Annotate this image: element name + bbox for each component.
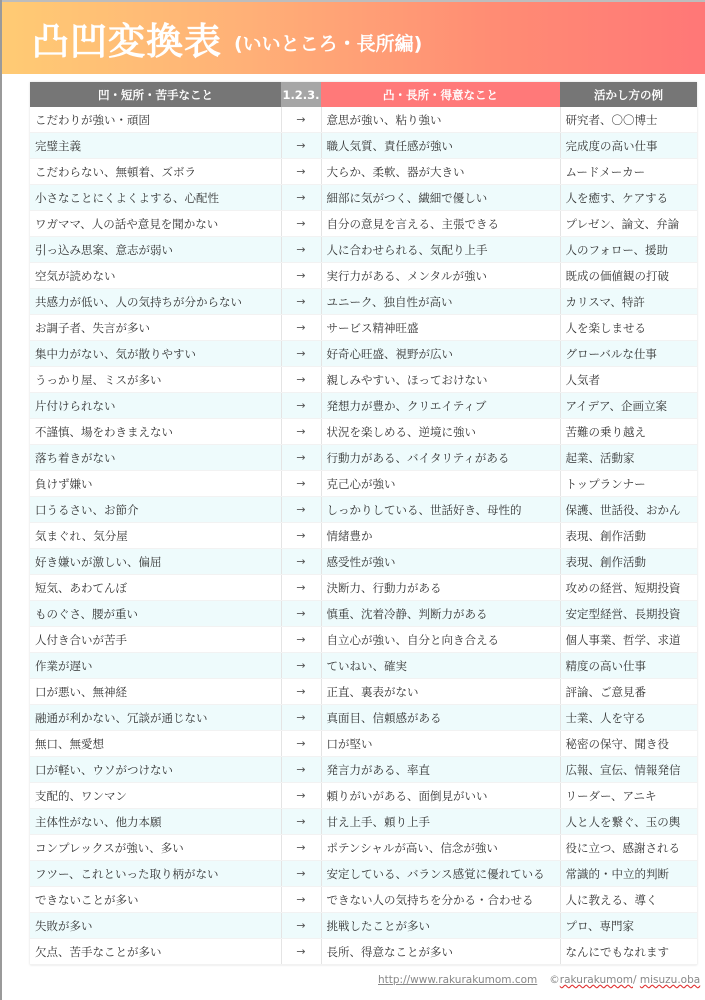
table-row: 作業が遅い→ていねい、確実精度の高い仕事 (30, 653, 697, 679)
arrow-icon: → (281, 575, 321, 601)
usage-cell: 人を癒す、ケアする (560, 185, 697, 211)
usage-cell: 精度の高い仕事 (560, 653, 697, 679)
strength-cell: 決断力、行動力がある (321, 575, 560, 601)
weakness-cell: 不謹慎、場をわきまえない (30, 419, 281, 445)
strength-cell: 口が堅い (321, 731, 560, 757)
table-row: 不謹慎、場をわきまえない→状況を楽しめる、逆境に強い苦難の乗り越え (30, 419, 697, 445)
arrow-icon: → (281, 393, 321, 419)
arrow-icon: → (281, 627, 321, 653)
strength-cell: 慎重、沈着冷静、判断力がある (321, 601, 560, 627)
weakness-cell: 失敗が多い (30, 913, 281, 939)
strength-cell: 意思が強い、粘り強い (321, 107, 560, 133)
weakness-cell: できないことが多い (30, 887, 281, 913)
usage-cell: 保護、世話役、おかん (560, 497, 697, 523)
table-row: 無口、無愛想→口が堅い秘密の保守、聞き役 (30, 731, 697, 757)
usage-cell: 安定型経営、長期投資 (560, 601, 697, 627)
arrow-icon: → (281, 653, 321, 679)
weakness-cell: 人付き合いが苦手 (30, 627, 281, 653)
arrow-icon: → (281, 783, 321, 809)
weakness-cell: ワガママ、人の話や意見を聞かない (30, 211, 281, 237)
weakness-cell: 好き嫌いが激しい、偏屈 (30, 549, 281, 575)
strength-cell: 親しみやすい、ほっておけない (321, 367, 560, 393)
author-handle-2: misuzu.oba (640, 974, 700, 986)
weakness-cell: 空気が読めない (30, 263, 281, 289)
usage-cell: トップランナー (560, 471, 697, 497)
strength-cell: 好奇心旺盛、視野が広い (321, 341, 560, 367)
strength-cell: ていねい、確実 (321, 653, 560, 679)
usage-cell: 完成度の高い仕事 (560, 133, 697, 159)
table-row: 人付き合いが苦手→自立心が強い、自分と向き合える個人事業、哲学、求道 (30, 627, 697, 653)
table-row: 完璧主義→職人気質、責任感が強い完成度の高い仕事 (30, 133, 697, 159)
arrow-icon: → (281, 497, 321, 523)
strength-cell: できない人の気持ちを分かる・合わせる (321, 887, 560, 913)
arrow-icon: → (281, 679, 321, 705)
usage-cell: 常識的・中立的判断 (560, 861, 697, 887)
table-header-row: 凹・短所・苦手なこと 1.2.3. 凸・長所・得意なこと 活かし方の例 (30, 82, 697, 107)
strength-cell: 人に合わせられる、気配り上手 (321, 237, 560, 263)
table-row: こだわらない、無頓着、ズボラ→大らか、柔軟、器が大きいムードメーカー (30, 159, 697, 185)
arrow-icon: → (281, 445, 321, 471)
usage-cell: 個人事業、哲学、求道 (560, 627, 697, 653)
strength-cell: 行動力がある、バイタリティがある (321, 445, 560, 471)
page-subtitle: (いいところ・長所編) (234, 29, 422, 56)
strength-cell: 発想力が豊か、クリエイティブ (321, 393, 560, 419)
strength-cell: 正直、裏表がない (321, 679, 560, 705)
table-row: 支配的、ワンマン→頼りがいがある、面倒見がいいリーダー、アニキ (30, 783, 697, 809)
arrow-icon: → (281, 731, 321, 757)
strength-cell: ポテンシャルが高い、信念が強い (321, 835, 560, 861)
copyright-symbol: © (549, 974, 560, 986)
usage-cell: 既成の価値観の打破 (560, 263, 697, 289)
title-banner: 凸凹変換表 (いいところ・長所編) (2, 2, 705, 74)
usage-cell: 人のフォロー、援助 (560, 237, 697, 263)
strength-cell: 頼りがいがある、面倒見がいい (321, 783, 560, 809)
weakness-cell: 引っ込み思案、意志が弱い (30, 237, 281, 263)
table-row: 主体性がない、他力本願→甘え上手、頼り上手人と人を繋ぐ、玉の輿 (30, 809, 697, 835)
arrow-icon: → (281, 523, 321, 549)
arrow-icon: → (281, 237, 321, 263)
weakness-cell: 共感力が低い、人の気持ちが分からない (30, 289, 281, 315)
weakness-cell: 集中力がない、気が散りやすい (30, 341, 281, 367)
table-row: 短気、あわてんぼ→決断力、行動力がある攻めの経営、短期投資 (30, 575, 697, 601)
arrow-icon: → (281, 601, 321, 627)
arrow-icon: → (281, 107, 321, 133)
column-header-strength: 凸・長所・得意なこと (321, 82, 560, 107)
weakness-cell: フツー、これといった取り柄がない (30, 861, 281, 887)
usage-cell: グローバルな仕事 (560, 341, 697, 367)
usage-cell: リーダー、アニキ (560, 783, 697, 809)
table-body: こだわりが強い・頑固→意思が強い、粘り強い研究者、〇〇博士完璧主義→職人気質、責… (30, 107, 697, 965)
author-handle-1: rakurakumom (560, 974, 633, 986)
website-link[interactable]: http://www.rakurakumom.com (378, 974, 537, 986)
weakness-cell: 片付けられない (30, 393, 281, 419)
weakness-cell: お調子者、失言が多い (30, 315, 281, 341)
strength-cell: 細部に気がつく、繊細で優しい (321, 185, 560, 211)
column-header-step: 1.2.3. (281, 82, 321, 107)
weakness-cell: 口が悪い、無神経 (30, 679, 281, 705)
usage-cell: プロ、専門家 (560, 913, 697, 939)
strength-cell: サービス精神旺盛 (321, 315, 560, 341)
strength-cell: 克己心が強い (321, 471, 560, 497)
table-row: ものぐさ、腰が重い→慎重、沈着冷静、判断力がある安定型経営、長期投資 (30, 601, 697, 627)
weakness-cell: 主体性がない、他力本願 (30, 809, 281, 835)
arrow-icon: → (281, 211, 321, 237)
table-row: 集中力がない、気が散りやすい→好奇心旺盛、視野が広いグローバルな仕事 (30, 341, 697, 367)
usage-cell: 人を楽しませる (560, 315, 697, 341)
strength-cell: 甘え上手、頼り上手 (321, 809, 560, 835)
arrow-icon: → (281, 887, 321, 913)
usage-cell: 秘密の保守、聞き役 (560, 731, 697, 757)
strength-cell: 情緒豊か (321, 523, 560, 549)
weakness-cell: 負けず嫌い (30, 471, 281, 497)
usage-cell: 攻めの経営、短期投資 (560, 575, 697, 601)
arrow-icon: → (281, 913, 321, 939)
table-row: 口が軽い、ウソがつけない→発言力がある、率直広報、宣伝、情報発信 (30, 757, 697, 783)
weakness-cell: うっかり屋、ミスが多い (30, 367, 281, 393)
arrow-icon: → (281, 835, 321, 861)
table-row: フツー、これといった取り柄がない→安定している、バランス感覚に優れている常識的・… (30, 861, 697, 887)
arrow-icon: → (281, 133, 321, 159)
strength-cell: 真面目、信頼感がある (321, 705, 560, 731)
strength-cell: 職人気質、責任感が強い (321, 133, 560, 159)
page-title: 凸凹変換表 (32, 11, 222, 65)
arrow-icon: → (281, 185, 321, 211)
weakness-cell: 落ち着きがない (30, 445, 281, 471)
strength-cell: しっかりしている、世話好き、母性的 (321, 497, 560, 523)
arrow-icon: → (281, 939, 321, 965)
column-header-usage: 活かし方の例 (560, 82, 697, 107)
usage-cell: 研究者、〇〇博士 (560, 107, 697, 133)
table-row: 口うるさい、お節介→しっかりしている、世話好き、母性的保護、世話役、おかん (30, 497, 697, 523)
table-row: 空気が読めない→実行力がある、メンタルが強い既成の価値観の打破 (30, 263, 697, 289)
arrow-icon: → (281, 367, 321, 393)
usage-cell: プレゼン、論文、弁論 (560, 211, 697, 237)
usage-cell: なんにでもなれます (560, 939, 697, 965)
arrow-icon: → (281, 263, 321, 289)
arrow-icon: → (281, 549, 321, 575)
weakness-cell: 作業が遅い (30, 653, 281, 679)
weakness-cell: 無口、無愛想 (30, 731, 281, 757)
weakness-cell: こだわりが強い・頑固 (30, 107, 281, 133)
strength-cell: 挑戦したことが多い (321, 913, 560, 939)
weakness-cell: 欠点、苦手なことが多い (30, 939, 281, 965)
usage-cell: 広報、宣伝、情報発信 (560, 757, 697, 783)
table-row: ワガママ、人の話や意見を聞かない→自分の意見を言える、主張できるプレゼン、論文、… (30, 211, 697, 237)
table-row: 片付けられない→発想力が豊か、クリエイティブアイデア、企画立案 (30, 393, 697, 419)
table-row: お調子者、失言が多い→サービス精神旺盛人を楽しませる (30, 315, 697, 341)
weakness-cell: こだわらない、無頓着、ズボラ (30, 159, 281, 185)
strength-cell: 状況を楽しめる、逆境に強い (321, 419, 560, 445)
usage-cell: 評論、ご意見番 (560, 679, 697, 705)
weakness-cell: ものぐさ、腰が重い (30, 601, 281, 627)
arrow-icon: → (281, 341, 321, 367)
strength-cell: ユニーク、独自性が高い (321, 289, 560, 315)
arrow-icon: → (281, 809, 321, 835)
table-row: 共感力が低い、人の気持ちが分からない→ユニーク、独自性が高いカリスマ、特許 (30, 289, 697, 315)
usage-cell: ムードメーカー (560, 159, 697, 185)
table-row: 欠点、苦手なことが多い→長所、得意なことが多いなんにでもなれます (30, 939, 697, 965)
weakness-cell: 支配的、ワンマン (30, 783, 281, 809)
arrow-icon: → (281, 471, 321, 497)
strength-cell: 自分の意見を言える、主張できる (321, 211, 560, 237)
arrow-icon: → (281, 419, 321, 445)
usage-cell: アイデア、企画立案 (560, 393, 697, 419)
arrow-icon: → (281, 757, 321, 783)
page-left-border (0, 0, 2, 1000)
table-row: 気まぐれ、気分屋→情緒豊か表現、創作活動 (30, 523, 697, 549)
table-row: 小さなことにくよくよする、心配性→細部に気がつく、繊細で優しい人を癒す、ケアする (30, 185, 697, 211)
arrow-icon: → (281, 861, 321, 887)
table-row: 好き嫌いが激しい、偏屈→感受性が強い表現、創作活動 (30, 549, 697, 575)
usage-cell: 人と人を繋ぐ、玉の輿 (560, 809, 697, 835)
weakness-cell: 気まぐれ、気分屋 (30, 523, 281, 549)
weakness-cell: 短気、あわてんぼ (30, 575, 281, 601)
usage-cell: 苦難の乗り越え (560, 419, 697, 445)
usage-cell: カリスマ、特許 (560, 289, 697, 315)
strength-cell: 実行力がある、メンタルが強い (321, 263, 560, 289)
table-row: できないことが多い→できない人の気持ちを分かる・合わせる人に教える、導く (30, 887, 697, 913)
column-header-weakness: 凹・短所・苦手なこと (30, 82, 281, 107)
strength-cell: 自立心が強い、自分と向き合える (321, 627, 560, 653)
table-row: 融通が利かない、冗談が通じない→真面目、信頼感がある士業、人を守る (30, 705, 697, 731)
usage-cell: 表現、創作活動 (560, 549, 697, 575)
weakness-cell: 完璧主義 (30, 133, 281, 159)
weakness-cell: 口うるさい、お節介 (30, 497, 281, 523)
usage-cell: 役に立つ、感謝される (560, 835, 697, 861)
strength-cell: 感受性が強い (321, 549, 560, 575)
strength-cell: 発言力がある、率直 (321, 757, 560, 783)
arrow-icon: → (281, 159, 321, 185)
table-row: 口が悪い、無神経→正直、裏表がない評論、ご意見番 (30, 679, 697, 705)
weakness-cell: 融通が利かない、冗談が通じない (30, 705, 281, 731)
arrow-icon: → (281, 289, 321, 315)
table-row: こだわりが強い・頑固→意思が強い、粘り強い研究者、〇〇博士 (30, 107, 697, 133)
handle-separator: / (633, 974, 640, 986)
conversion-table: 凹・短所・苦手なこと 1.2.3. 凸・長所・得意なこと 活かし方の例 こだわり… (30, 82, 697, 965)
table-row: 失敗が多い→挑戦したことが多いプロ、専門家 (30, 913, 697, 939)
table-row: 引っ込み思案、意志が弱い→人に合わせられる、気配り上手人のフォロー、援助 (30, 237, 697, 263)
usage-cell: 起業、活動家 (560, 445, 697, 471)
footer-credit: http://www.rakurakumom.com©rakurakumom/ … (378, 974, 700, 986)
usage-cell: 表現、創作活動 (560, 523, 697, 549)
table-row: 落ち着きがない→行動力がある、バイタリティがある起業、活動家 (30, 445, 697, 471)
weakness-cell: 小さなことにくよくよする、心配性 (30, 185, 281, 211)
table-row: コンプレックスが強い、多い→ポテンシャルが高い、信念が強い役に立つ、感謝される (30, 835, 697, 861)
table-row: うっかり屋、ミスが多い→親しみやすい、ほっておけない人気者 (30, 367, 697, 393)
usage-cell: 人気者 (560, 367, 697, 393)
arrow-icon: → (281, 705, 321, 731)
table-row: 負けず嫌い→克己心が強いトップランナー (30, 471, 697, 497)
usage-cell: 士業、人を守る (560, 705, 697, 731)
arrow-icon: → (281, 315, 321, 341)
strength-cell: 長所、得意なことが多い (321, 939, 560, 965)
usage-cell: 人に教える、導く (560, 887, 697, 913)
strength-cell: 安定している、バランス感覚に優れている (321, 861, 560, 887)
weakness-cell: 口が軽い、ウソがつけない (30, 757, 281, 783)
strength-cell: 大らか、柔軟、器が大きい (321, 159, 560, 185)
weakness-cell: コンプレックスが強い、多い (30, 835, 281, 861)
